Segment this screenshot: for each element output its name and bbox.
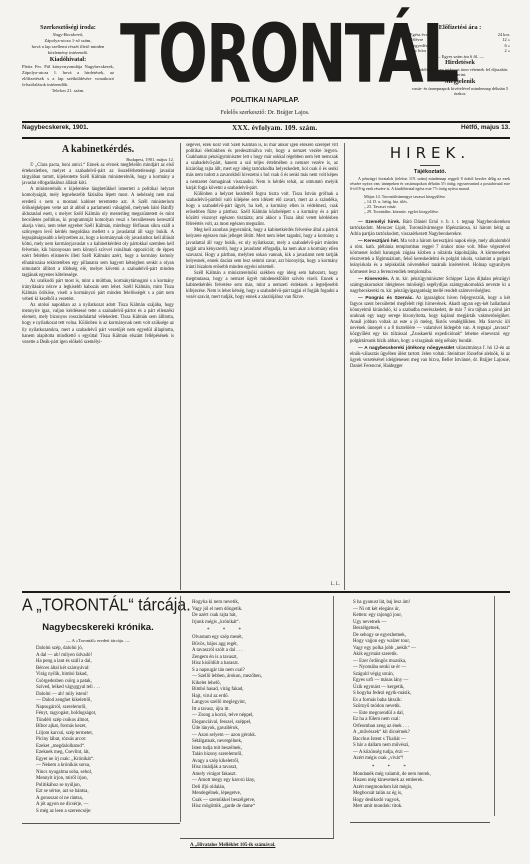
poem-subtitle: — A »Torontál« eredeti tárcája. — bbox=[22, 638, 174, 643]
article-paragraph: © „Clara pacta, boni amici.“ Ennek az el… bbox=[22, 163, 174, 187]
article-title: A kabinetkérdés. bbox=[22, 143, 174, 156]
news-item: — Pongrác és Szervác. Az igazsághoz híve… bbox=[350, 295, 510, 345]
masthead-left-info: Szerkesztőségi iroda: Nagy-Becskerek, Zá… bbox=[22, 24, 114, 94]
poem-line: — Dalod zenghet kikeletről, bbox=[36, 698, 100, 705]
feuilleton-heading: A „TORONTÁL“ tárcája. bbox=[22, 596, 191, 616]
news-item-text: Az igazsághoz híven feljegyezzük, hogy a… bbox=[350, 296, 510, 344]
feuilleton-rule bbox=[22, 591, 510, 593]
poem-line: Ha peng a lant és száll a dal, bbox=[36, 659, 100, 666]
day-date: Hétfő, majus 13. bbox=[461, 124, 510, 135]
article-dateline: Budapest, 1901. május 12. bbox=[22, 156, 174, 163]
masthead-right-info: Előfizetési ára : Egész évre24 kor. Félé… bbox=[410, 24, 510, 97]
price-label: Egy hóra bbox=[410, 48, 426, 53]
poem-column-1: Dalolni szép, dalolni jó,A dal — ah! mil… bbox=[36, 646, 100, 815]
poem-end-rule bbox=[180, 838, 334, 839]
place-year: Nagybecskerek, 1901. bbox=[22, 124, 88, 135]
dateline: Nagybecskerek, 1901. XXX. évfolyam. 109.… bbox=[22, 124, 510, 135]
news-item-heading: — Személyi hirek. bbox=[358, 219, 400, 224]
masthead-rule-bottom bbox=[22, 137, 510, 139]
news-item-heading: — Kinevezés. bbox=[358, 276, 389, 281]
column-divider bbox=[180, 596, 181, 822]
poem-line: Szíved, lelked vágyggyal teli . . . bbox=[36, 685, 100, 692]
article-paragraph: Különben a helyzet kezdettől fogva tiszt… bbox=[186, 192, 338, 229]
section-stars: * * * bbox=[353, 763, 431, 772]
editorial-note: hová a lap szellemi részét illető minden… bbox=[22, 44, 114, 56]
volume-issue: XXX. évfolyam. 109. szám. bbox=[232, 124, 317, 135]
news-item-heading: — A nagybecskereki jótékony nőegyesület bbox=[358, 345, 454, 350]
info-text: A pénzügyi hivatalok (telefon 119. szám)… bbox=[350, 176, 510, 191]
phone-number: Telefon 21. szám. bbox=[22, 88, 114, 94]
poem-line: — Zsong a korzó, telve néppel, bbox=[192, 713, 262, 720]
news-section: HIREK. Tájékoztató. A pénzügyi hivatalok… bbox=[350, 143, 510, 590]
masthead-rule-top bbox=[22, 121, 510, 123]
responsible-editor: Felelős szerkesztő: Dr. Brájjer Lajos. bbox=[0, 110, 530, 116]
poem-end-rule bbox=[350, 822, 490, 823]
news-item-text: Ma volt a három keresztjáró napok eleje,… bbox=[350, 239, 510, 274]
poem-column-2: Hogyha ki nem nevetik,Vagy jól el nem dö… bbox=[192, 600, 262, 811]
column-divider bbox=[333, 596, 334, 838]
article-paragraph: Meg kell azonban jegyeznünk, hogy a kabi… bbox=[186, 228, 338, 271]
article-paragraph: A ministerelnök e kijelentése lángbetükk… bbox=[22, 187, 174, 278]
newspaper-subtitle: POLITIKAI NAPILAP. bbox=[0, 97, 530, 104]
divider bbox=[420, 165, 440, 166]
supplement-note: A „Hivatalos Melléklet 105-ik számával. bbox=[190, 843, 275, 848]
article-paragraph: ségével, ezek közt volt Széll Kálmán is,… bbox=[186, 143, 338, 192]
publisher-note: Pleitz Fer. Pál könyvnyomdája Nagybecske… bbox=[22, 64, 114, 88]
lead-article: A kabinetkérdés. Budapest, 1901. május 1… bbox=[22, 143, 174, 591]
newspaper-page: Szerkesztőségi iroda: Nagy-Becskerek, Zá… bbox=[0, 0, 530, 864]
poem-line: Fényt, ragyogást, boldogságot, bbox=[36, 711, 100, 718]
editorial-office-heading: Szerkesztőségi iroda: bbox=[22, 24, 114, 32]
appears-note: vasár- és ünnepnapok kivételével mindenn… bbox=[410, 86, 510, 97]
ads-heading: Hirdetések bbox=[410, 59, 510, 67]
poem-line: Hisz mögöttük „garde de dame“ bbox=[192, 804, 262, 811]
news-item: — Személyi hirek. Báró Dániel Ernő v. b.… bbox=[350, 219, 510, 238]
news-item-heading: — Keresztjáró hét. bbox=[358, 238, 399, 243]
publisher-heading: Kiadóhivatal: bbox=[22, 56, 114, 64]
poem-line: — Amott megy egy karcsú lány, bbox=[192, 778, 262, 785]
calendar-item: „ 29. Torontálm. közmüv. egylet közgyűlé… bbox=[350, 209, 510, 214]
article-paragraph: Az utolsó napokban az a nyilatkozat adot… bbox=[22, 303, 174, 346]
news-item: — Kinevezés. A m. kir. pénzügyminiszter … bbox=[350, 276, 510, 295]
poem-end-rule bbox=[22, 823, 180, 824]
poem-line: S még az leen a szerencséje: bbox=[36, 809, 100, 816]
column-divider bbox=[180, 143, 181, 590]
appears-heading: Megjelenik bbox=[410, 78, 510, 86]
article-continuation: ségével, ezek közt volt Széll Kálmán is,… bbox=[186, 143, 338, 589]
column-divider bbox=[494, 596, 495, 816]
news-item: — A nagybecskereki jótékony nőegyesület … bbox=[350, 345, 510, 370]
poem-column-3: S ha gyanust lát, baj lesz ám!— Ni ott k… bbox=[353, 600, 431, 811]
news-item-heading: — Pongrác és Szervác. bbox=[358, 295, 414, 300]
ads-note: a kiadóhivatalban jutányos áron vétetnek… bbox=[410, 67, 510, 78]
info-title: Tájékoztató. bbox=[350, 168, 510, 176]
poem-line: Mert amit mondok: titok. bbox=[353, 804, 431, 811]
article-paragraph: Széll Kálmán a miniszterelnöki székben e… bbox=[186, 271, 338, 301]
section-stars: * * * bbox=[192, 626, 262, 635]
news-section-title: HIREK. bbox=[350, 143, 510, 163]
poem-line: — Szellő lebben, árokon, mezőben, bbox=[192, 674, 262, 681]
column-divider bbox=[344, 143, 345, 590]
article-paragraph: Az uralkodó párt most is, mint a múltban… bbox=[22, 279, 174, 303]
subscription-heading: Előfizetési ára : bbox=[410, 24, 510, 32]
poem-title: Nagybecskereki krónika. bbox=[22, 622, 174, 633]
news-item: — Keresztjáró hét. Ma volt a három keres… bbox=[350, 238, 510, 276]
poem-line: Hiszen még kinevetnek az emberek. bbox=[353, 778, 431, 785]
article-signature: L. L. bbox=[300, 582, 340, 588]
price-value: 2 » bbox=[505, 48, 511, 53]
